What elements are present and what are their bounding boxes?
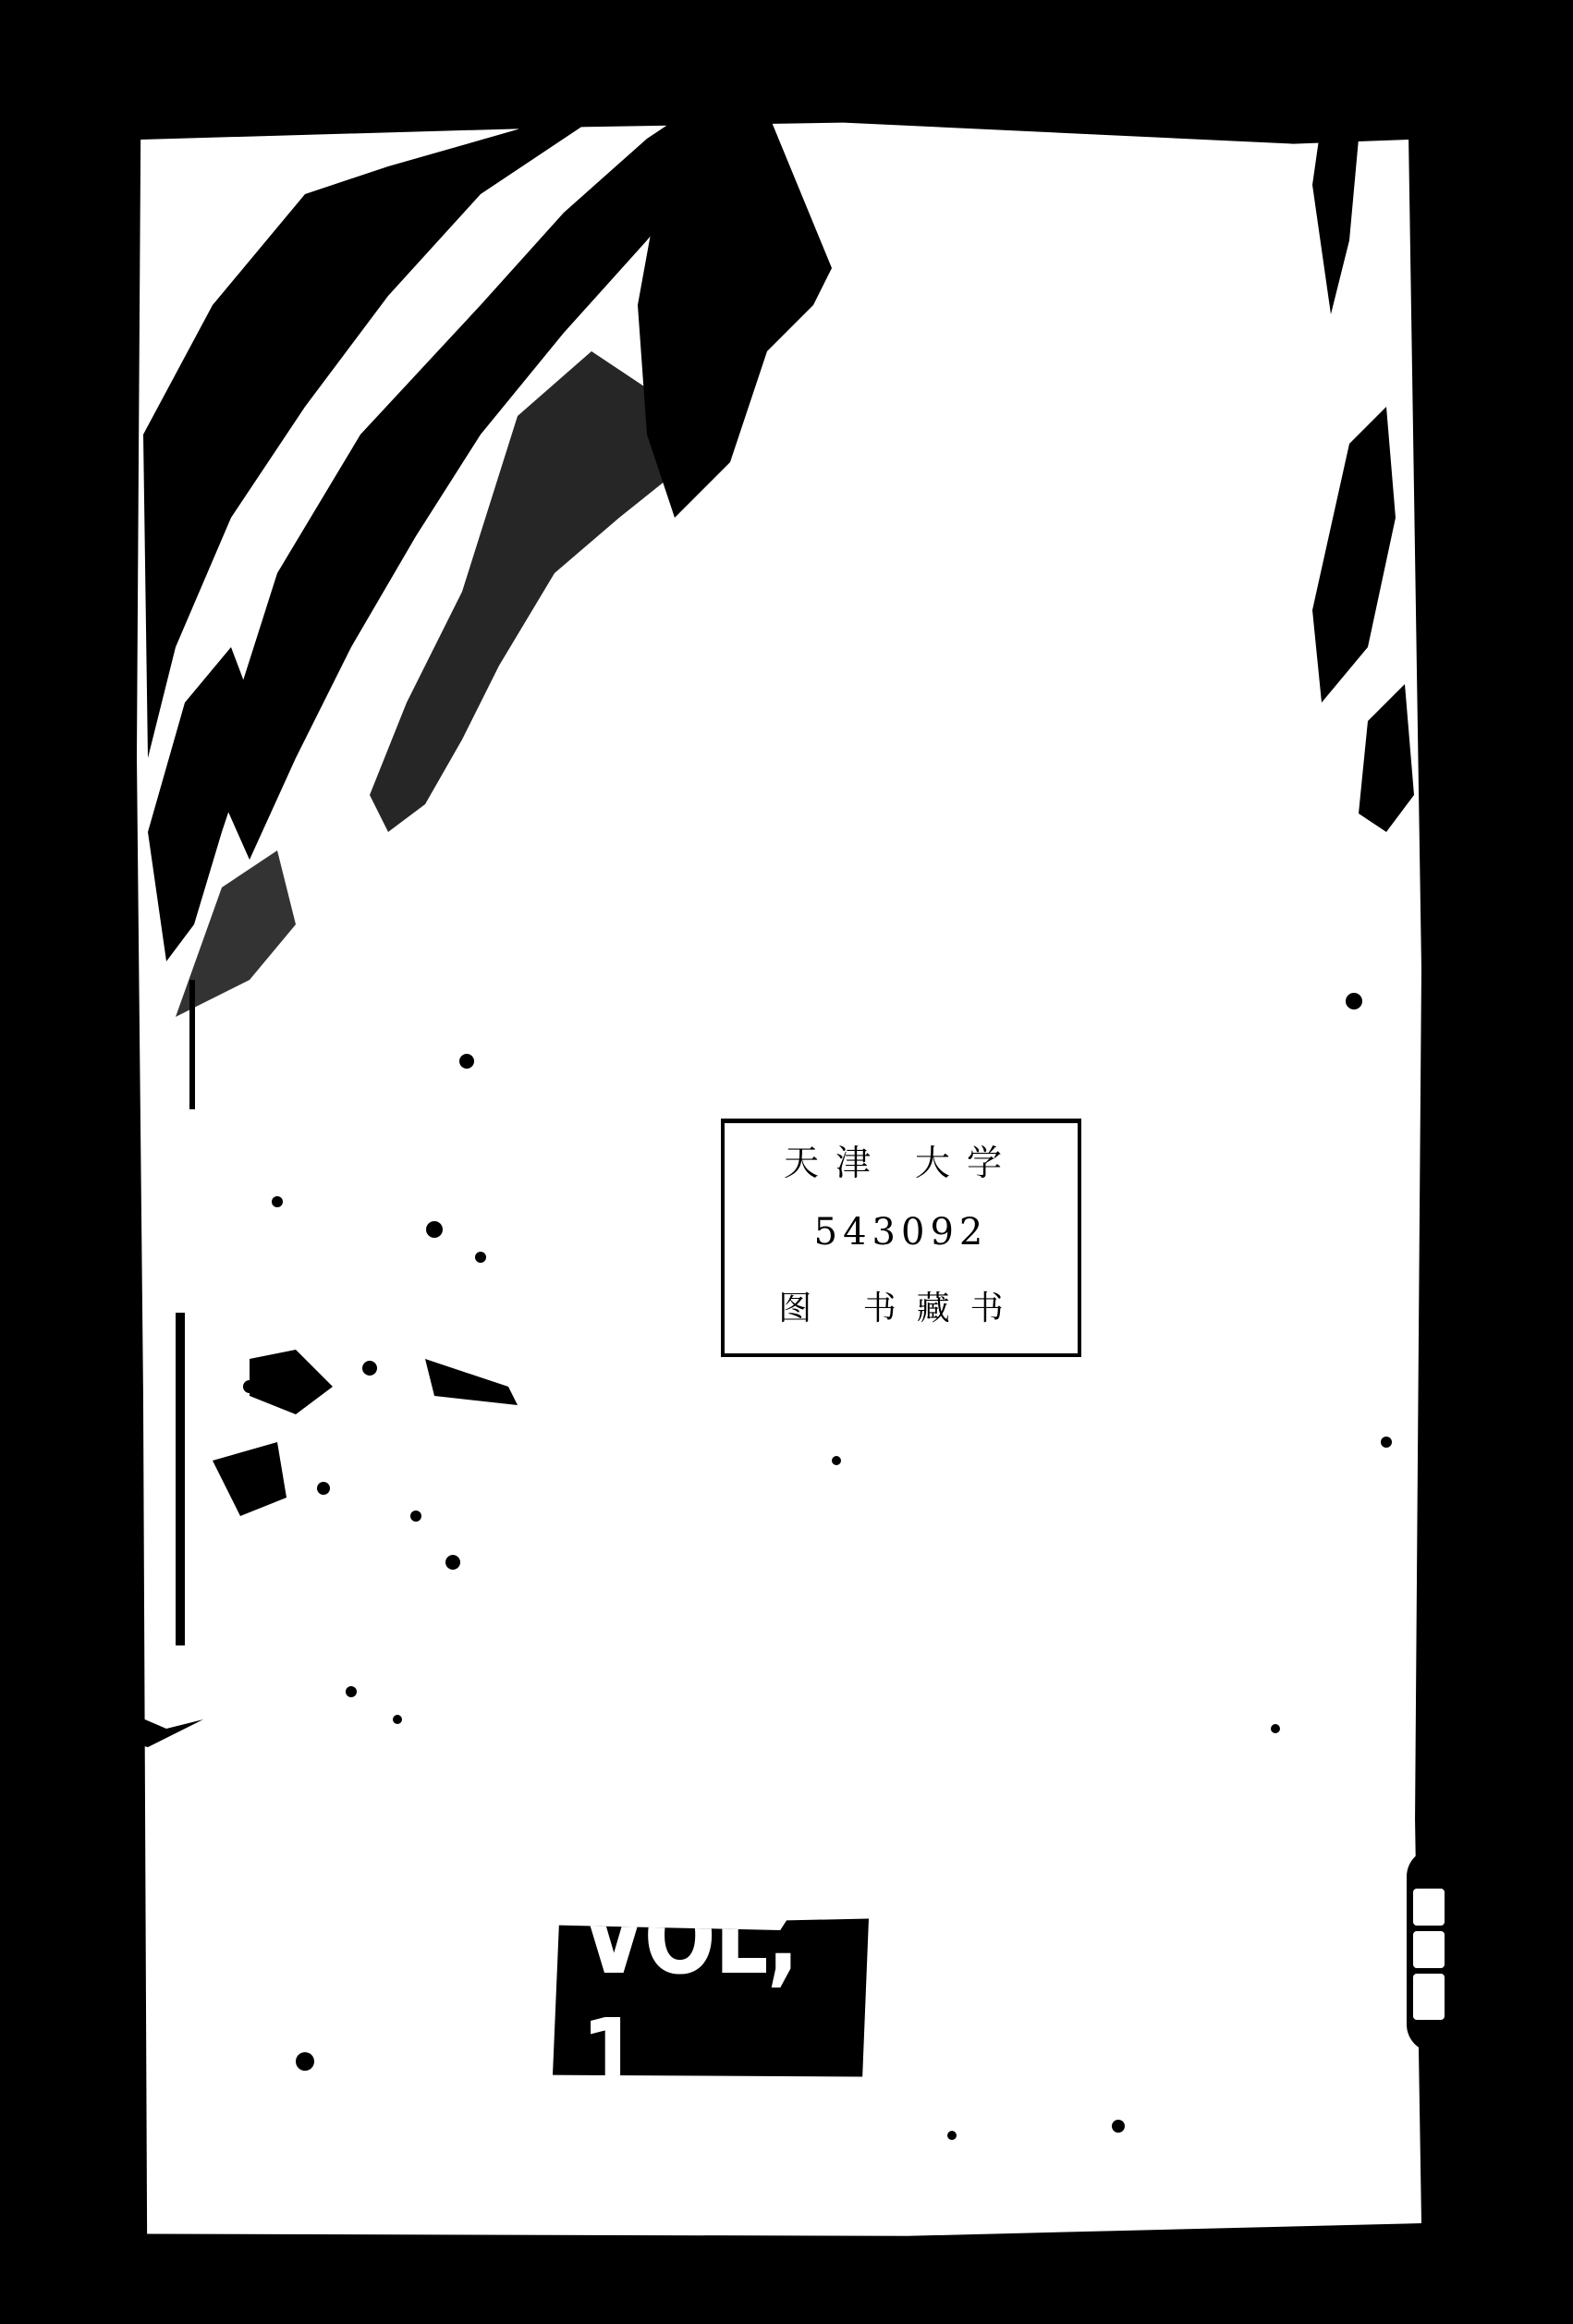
window-pane: [1413, 1974, 1445, 2020]
stamp-accession-number: 543092: [725, 1211, 1078, 1254]
window-pane: [1413, 1889, 1445, 1926]
library-stamp: 天津 大学 543092 图 书藏书: [721, 1119, 1081, 1357]
stamp-institution: 天津 大学: [725, 1134, 1078, 1185]
scanned-page: 天津 大学 543092 图 书藏书 VOL, 1: [0, 0, 1573, 2324]
stamp-collection: 图 书藏书: [725, 1282, 1078, 1329]
spine-window-icon: [1408, 1889, 1446, 2027]
volume-label: VOL, 1: [553, 1915, 869, 2080]
window-pane: [1413, 1931, 1445, 1968]
